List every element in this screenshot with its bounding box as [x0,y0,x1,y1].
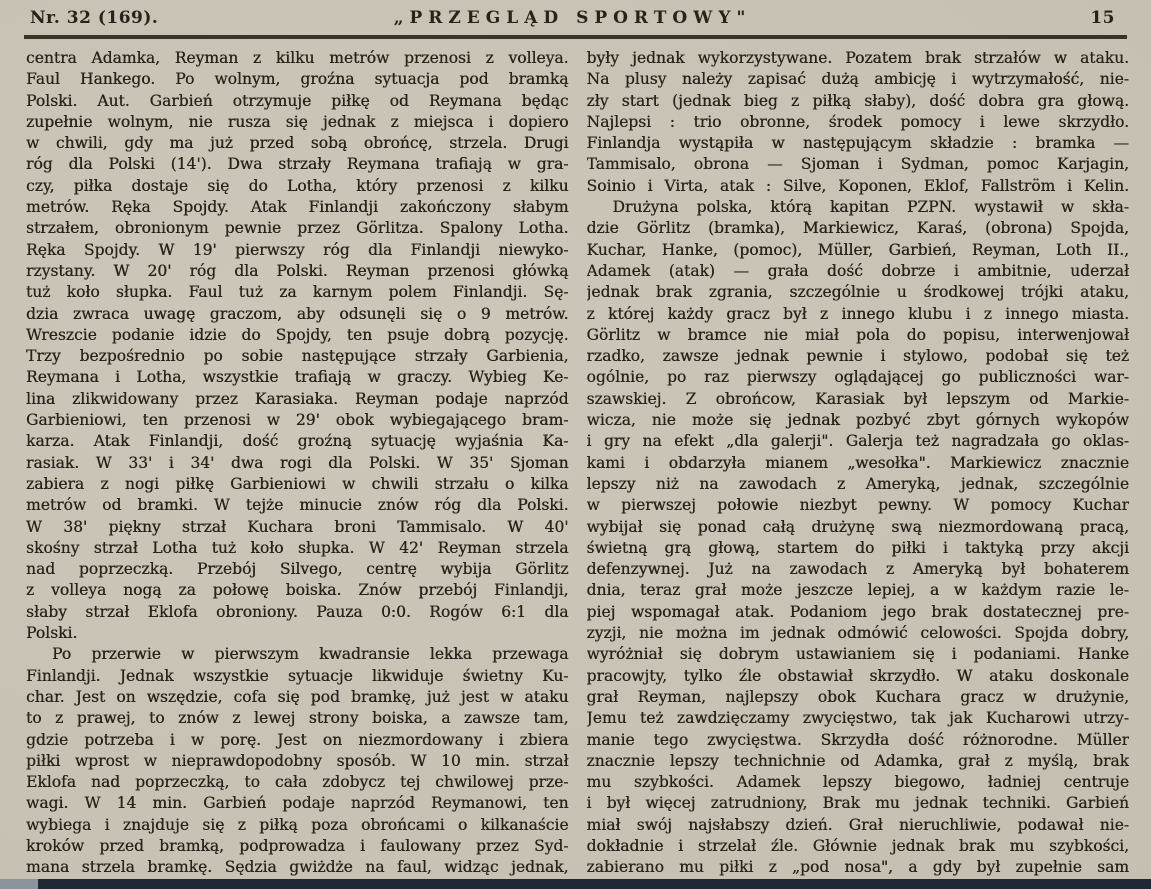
text-line: grał Reyman, najlepszy obok Kuchara grac… [587,687,1130,708]
text-line: nad poprzeczką. Przebój Silvego, centrę … [26,559,569,580]
text-line: rzystany. W 20' róg dla Polski. Reyman p… [26,261,569,282]
text-line: zyzji, nie można im jednak odmówić celow… [587,623,1130,644]
article-column-right: były jednak wykorzystywane. Pozatem brak… [587,48,1130,879]
scan-bottom-edge-left-cap [0,879,38,889]
text-line: zły start (jednak bieg z piłką słaby), d… [587,91,1130,112]
text-line: Kuchar, Hanke, (pomoc), Müller, Garbień,… [587,240,1130,261]
text-line: jednak brak zgrania, szczególnie u środk… [587,282,1130,303]
text-line: dnia, teraz grał może jeszcze lepiej, a … [587,580,1130,601]
text-line: dokładnie i strzelał źle. Głównie jednak… [587,836,1130,857]
text-line: były jednak wykorzystywane. Pozatem brak… [587,48,1130,69]
text-line: zabiera z nogi piłkę Garbieniowi w chwil… [26,474,569,495]
text-line: lepszy niż na zawodach z Ameryką, jednak… [587,474,1130,495]
text-line: skośny strzał Lotha tuż koło słupka. W 4… [26,538,569,559]
issue-number: Nr. 32 (169). [30,8,210,28]
text-line: Na plusy należy zapisać dużą ambicję i w… [587,69,1130,90]
text-line: mu szybkości. Adamek lepszy biegowo, ład… [587,772,1130,793]
article-body: centra Adamka, Reyman z kilku metrów prz… [0,39,1151,879]
text-line: rasiak. W 33' i 34' dwa rogi dla Polski.… [26,453,569,474]
text-line: wybiega i znajduje się z piłką poza obro… [26,815,569,836]
text-line: strzałem, obronionym pewnie przez Görlit… [26,218,569,239]
page-number: 15 [935,8,1121,28]
text-line: i gry na efekt „dla galerji". Galerja te… [587,431,1130,452]
text-line: Finlandja wystąpiła w następującym skład… [587,133,1130,154]
text-line: zabierano mu piłki z „pod nosa", a gdy b… [587,857,1130,878]
text-line: Polski. [26,623,569,644]
text-line: Garbieniowi, ten przenosi w 29' obok wyb… [26,410,569,431]
scan-bottom-edge [0,879,1151,889]
text-line: karza. Atak Finlandji, dość groźną sytua… [26,431,569,452]
text-line: świetną grą głową, startem do piłki i ta… [587,538,1130,559]
text-line: miał swój najsłabszy dzień. Grał nieruch… [587,815,1130,836]
text-line: wagi. W 14 min. Garbień podaje naprzód R… [26,793,569,814]
text-line: kroków przed bramką, podprowadza i faulo… [26,836,569,857]
text-line: znacznie lepszy technichnie od Adamka, g… [587,751,1130,772]
text-line: z której każdy gracz był z innego klubu … [587,304,1130,325]
text-line: kami i obdarzyła mianem „wesołka". Marki… [587,453,1130,474]
text-line: Adamek (atak) — grała dość dobrze i ambi… [587,261,1130,282]
text-line: centra Adamka, Reyman z kilku metrów prz… [26,48,569,69]
text-line: i był więcej zatrudniony, Brak mu jednak… [587,793,1130,814]
text-line: piej wspomagał atak. Podaniom jego brak … [587,602,1130,623]
text-line: Najlepsi : trio obronne, środek pomocy i… [587,112,1130,133]
text-line: słaby strzał Eklofa obroniony. Pauza 0:0… [26,602,569,623]
text-line: metrów. Ręka Spojdy. Atak Finlandji zako… [26,197,569,218]
text-line: szawskiej. Z obrońcow, Karasiak był leps… [587,389,1130,410]
text-line: manie tego zwycięstwa. Skrzydła dość róż… [587,730,1130,751]
text-line: piłki wprost w nieprawdopodobny sposób. … [26,751,569,772]
text-line: lina zlikwidowany przez Karasiaka. Reyma… [26,389,569,410]
text-line: W 38' piękny strzał Kuchara broni Tammis… [26,517,569,538]
text-line: dzie Görlitz (bramka), Markiewicz, Karaś… [587,218,1130,239]
text-line: rzadko, zawsze jednak pewnie i stylowo, … [587,346,1130,367]
text-line: metrów od bramki. W tejże minucie znów r… [26,495,569,516]
article-column-left: centra Adamka, Reyman z kilku metrów prz… [26,48,569,879]
text-line: defenzywnej. Już na zawodach z Ameryką b… [587,559,1130,580]
text-line: wyróżniał się dobrym ustawianiem się i p… [587,644,1130,665]
text-line: Jemu też zawdzięczamy zwycięstwo, tak ja… [587,708,1130,729]
text-line: pracowjty, tylko źle obstawiał skrzydło.… [587,666,1130,687]
text-line: Po przerwie w pierwszym kwadransie lekka… [26,644,569,665]
text-line: Trzy bezpośrednio po sobie następujące s… [26,346,569,367]
text-line: w chwili, gdy ma już przed sobą obrońcę,… [26,133,569,154]
text-line: Tammisalo, obrona — Sjoman i Sydman, pom… [587,154,1130,175]
text-line: ogólnie, po raz pierwszy oglądającej go … [587,367,1130,388]
masthead: Nr. 32 (169). „PRZEGLĄD SPORTOWY" 15 [0,0,1151,28]
text-line: Reymana i Lotha, wszystkie trafiają w gr… [26,367,569,388]
newspaper-title: „PRZEGLĄD SPORTOWY" [210,8,935,28]
text-line: Eklofa nad poprzeczką, to cała zdobycz t… [26,772,569,793]
text-line: zupełnie wolnym, nie rusza się jednak z … [26,112,569,133]
text-line: Faul Hankego. Po wolnym, groźna sytuacja… [26,69,569,90]
text-line: wicza, nie może się jednak pozbyć zbyt g… [587,410,1130,431]
text-line: Soinio i Virta, atak : Silve, Koponen, E… [587,176,1130,197]
text-line: mana strzela bramkę. Sędzia gwiżdże na f… [26,857,569,878]
text-line: Wreszcie podanie idzie do Spojdy, ten ps… [26,325,569,346]
text-line: róg dla Polski (14'). Dwa strzały Reyman… [26,154,569,175]
newspaper-page: Nr. 32 (169). „PRZEGLĄD SPORTOWY" 15 cen… [0,0,1151,889]
text-line: w pierwszej połowie niezbyt pewny. W pom… [587,495,1130,516]
text-line: dzia zwraca uwagę graczom, aby odsunęli … [26,304,569,325]
text-line: czy, piłka dostaje się do Lotha, który p… [26,176,569,197]
text-line: to z prawej, to znów z lewej strony bois… [26,708,569,729]
text-line: wybijał się ponad całą drużynę swą niezm… [587,517,1130,538]
text-line: Finlandji. Jednak wszystkie sytuacje lik… [26,666,569,687]
text-line: tuż koło słupka. Faul tuż za karnym pole… [26,282,569,303]
text-line: Polski. Aut. Garbień otrzymuje piłkę od … [26,91,569,112]
text-line: Ręka Spojdy. W 19' pierwszy róg dla Finl… [26,240,569,261]
text-line: z volleya nogą za połowę boiska. Znów pr… [26,580,569,601]
text-line: Drużyna polska, którą kapitan PZPN. wyst… [587,197,1130,218]
text-line: gdzie potrzeba i w porę. Jest on niezmor… [26,730,569,751]
text-line: char. Jest on wszędzie, cofa się pod bra… [26,687,569,708]
text-line: Görlitz w bramce nie miał pola do popisu… [587,325,1130,346]
